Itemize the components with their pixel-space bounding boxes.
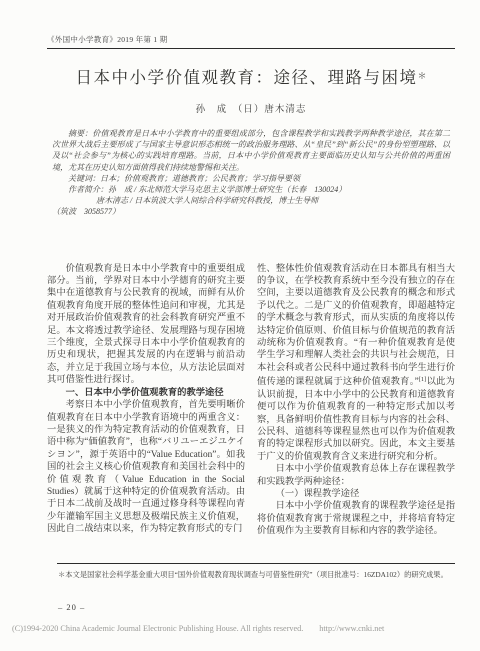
body-paragraph-continuation: 性、整体性价值观教育活动在日本都具有相当大的争议，在学校教育系统中至今没有独立的… [257, 263, 455, 464]
author-bio-line-3: （筑波 3058577） [52, 206, 450, 217]
body-paragraph: 日本中小学价值观教育总体上存在课程教学和实践教学两种途径： [257, 463, 455, 488]
authors-line: 孙 成 （日）唐木清志 [47, 101, 455, 115]
author-bio-line-2: 唐木清志 / 日本筑波大学人间综合科学研究科教授，博士生导师 [96, 195, 450, 206]
header-divider [47, 48, 455, 49]
copyright-line: (C)1994-2020 China Academic Journal Elec… [12, 624, 384, 633]
paragraph-text: 性、整体性价值观教育活动在日本都具有相当大的争议，在学校教育系统中至今没有独立的… [257, 264, 455, 388]
body-columns: 价值观教育是日本中小学教育中的重要组成部分。当前，学界对日本中小学德育的研究主要… [47, 263, 455, 538]
copyright-text: (C)1994-2020 China Academic Journal Elec… [12, 624, 303, 633]
cnki-url: http://www.cnki.net [319, 624, 384, 633]
title-footnote-mark: ＊ [417, 71, 426, 81]
subsection-heading: （一）课程教学途径 [257, 488, 455, 500]
body-paragraph: 考察日本中小学价值观教育，首先要明晰价值观教育在日本中小学教育语境中的两重含义：… [47, 399, 245, 535]
article-title: 日本中小学价值观教育：途径、理路与困境＊ [47, 64, 455, 88]
section-heading: 一、日本中小学价值观教育的教学途径 [47, 387, 245, 399]
abstract-text: 摘要：价值观教育是日本中小学教育中的重要组成部分，包含课程教学和实践教学两种教学… [52, 128, 450, 173]
right-column: 性、整体性价值观教育活动在日本都具有相当大的争议，在学校教育系统中至今没有独立的… [257, 263, 455, 538]
body-paragraph: 日本中小学价值观教育的课程教学途径是指将价值观教育寓于常规课程之中，并将培育特定… [257, 500, 455, 537]
body-paragraph: 价值观教育是日本中小学教育中的重要组成部分。当前，学界对日本中小学德育的研究主要… [47, 263, 245, 387]
journal-page: 《外国中小学教育》2019 年第 1 期 日本中小学价值观教育：途径、理路与困境… [0, 0, 480, 651]
keywords-line: 关键词：日本；价值观教育；道德教育；公民教育；学习指导要领 [52, 173, 450, 184]
page-number: – 20 – [58, 602, 85, 612]
article-title-text: 日本中小学价值观教育：途径、理路与困境 [75, 68, 417, 87]
journal-issue-header: 《外国中小学教育》2019 年第 1 期 [47, 34, 455, 45]
author-bio-line-1: 作者简介：孙 成 / 东北师范大学马克思主义学部博士研究生（长春 130024） [52, 184, 450, 195]
abstract-block: 摘要：价值观教育是日本中小学教育中的重要组成部分，包含课程教学和实践教学两种教学… [52, 128, 450, 218]
paragraph-text: 以此为认识前提，日本中小学中的公民教育和道德教育便可以作为价值观教育的一种特定形… [257, 377, 455, 461]
footnote-text: ＊本文是国家社会科学基金重大项目“国外价值观教育现状调查与可借鉴性研究”（项目批… [47, 570, 455, 580]
page-content: 《外国中小学教育》2019 年第 1 期 日本中小学价值观教育：途径、理路与困境… [47, 34, 455, 538]
left-column: 价值观教育是日本中小学教育中的重要组成部分。当前，学界对日本中小学德育的研究主要… [47, 263, 245, 538]
footnote-divider [57, 563, 455, 564]
